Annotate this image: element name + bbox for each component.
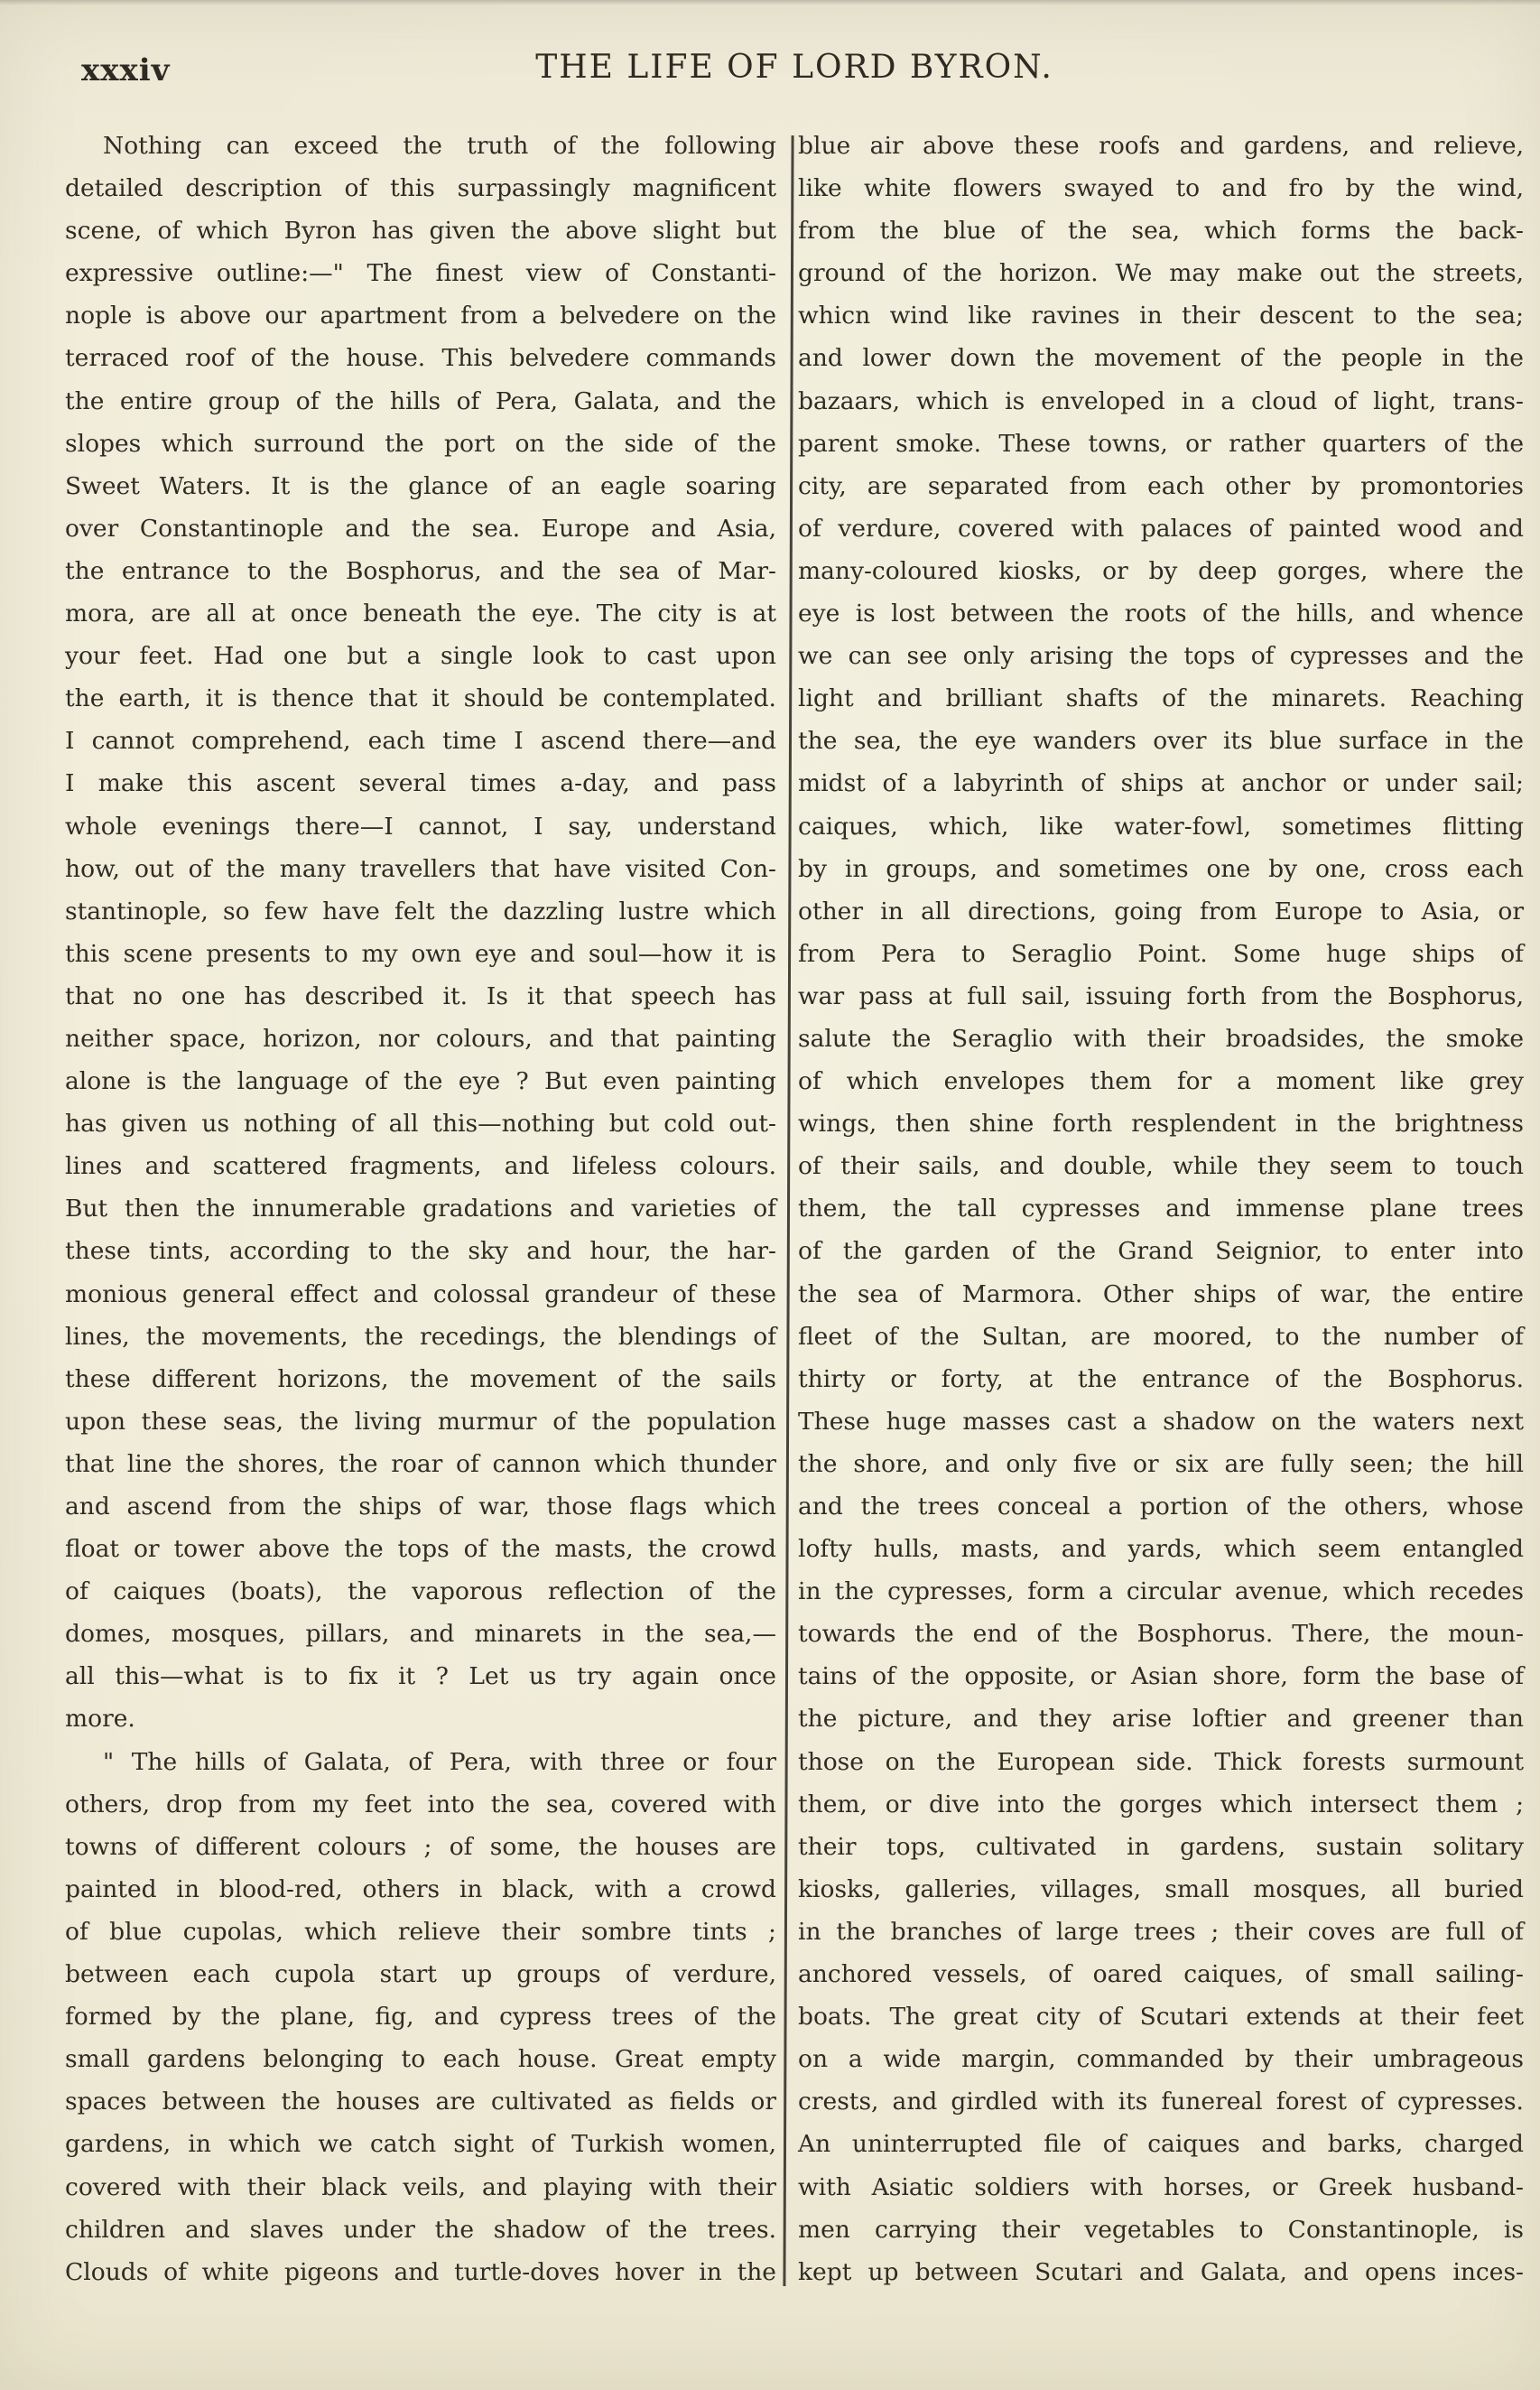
text-line: tains of the opposite, or Asian shore, f… xyxy=(798,1655,1524,1697)
text-line: alone is the language of the eye ? But e… xyxy=(65,1060,776,1102)
text-line: blue air above these roofs and gardens, … xyxy=(798,125,1524,167)
text-line: Sweet Waters. It is the glance of an eag… xyxy=(65,465,776,507)
text-column-left: Nothing can exceed the truth of the foll… xyxy=(65,125,776,2293)
text-line: midst of a labyrinth of ships at anchor … xyxy=(798,762,1524,804)
running-title: THE LIFE OF LORD BYRON. xyxy=(65,49,1524,86)
text-line: But then the innumerable gradations and … xyxy=(65,1187,776,1230)
text-line: that no one has described it. Is it that… xyxy=(65,975,776,1018)
text-line: monious general effect and colossal gran… xyxy=(65,1273,776,1316)
text-line: slopes which surround the port on the si… xyxy=(65,423,776,465)
text-line: " The hills of Galata, of Pera, with thr… xyxy=(65,1741,776,1783)
text-line: I cannot comprehend, each time I ascend … xyxy=(65,720,776,762)
text-line: them, or dive into the gorges which inte… xyxy=(798,1783,1524,1826)
text-line: them, the tall cypresses and immense pla… xyxy=(798,1187,1524,1230)
text-line: on a wide margin, commanded by their umb… xyxy=(798,2038,1524,2080)
text-line: upon these seas, the living murmur of th… xyxy=(65,1400,776,1443)
text-line: with Asiatic soldiers with horses, or Gr… xyxy=(798,2166,1524,2209)
text-line: painted in blood-red, others in black, w… xyxy=(65,1868,776,1911)
text-line: in the branches of large trees ; their c… xyxy=(798,1911,1524,1953)
text-line: from Pera to Seraglio Point. Some huge s… xyxy=(798,933,1524,975)
text-line: the entrance to the Bosphorus, and the s… xyxy=(65,550,776,592)
text-line: war pass at full sail, issuing forth fro… xyxy=(798,975,1524,1018)
text-line: all this—what is to fix it ? Let us try … xyxy=(65,1655,776,1697)
text-line: wings, then shine forth resplendent in t… xyxy=(798,1102,1524,1145)
text-line: we can see only arising the tops of cypr… xyxy=(798,635,1524,677)
text-line: towards the end of the Bosphorus. There,… xyxy=(798,1613,1524,1655)
text-line: more. xyxy=(65,1697,776,1740)
text-line: kept up between Scutari and Galata, and … xyxy=(798,2251,1524,2293)
text-column-right: blue air above these roofs and gardens, … xyxy=(798,125,1524,2293)
text-line: the picture, and they arise loftier and … xyxy=(798,1697,1524,1740)
text-line: of which envelopes them for a moment lik… xyxy=(798,1060,1524,1102)
text-line: expressive outline:—" The finest view of… xyxy=(65,252,776,294)
text-line: the sea, the eye wanders over its blue s… xyxy=(798,720,1524,762)
text-line: stantinople, so few have felt the dazzli… xyxy=(65,890,776,933)
text-line: from the blue of the sea, which forms th… xyxy=(798,209,1524,252)
text-line: these different horizons, the movement o… xyxy=(65,1358,776,1400)
text-line: of caiques (boats), the vaporous reflect… xyxy=(65,1570,776,1613)
text-line: of their sails, and double, while they s… xyxy=(798,1145,1524,1187)
text-line: their tops, cultivated in gardens, susta… xyxy=(798,1826,1524,1868)
text-line: and lower down the movement of the peopl… xyxy=(798,337,1524,379)
text-line: towns of different colours ; of some, th… xyxy=(65,1826,776,1868)
text-line: scene, of which Byron has given the abov… xyxy=(65,209,776,252)
text-line: gardens, in which we catch sight of Turk… xyxy=(65,2123,776,2165)
text-line: the shore, and only five or six are full… xyxy=(798,1443,1524,1485)
text-line: Clouds of white pigeons and turtle-doves… xyxy=(65,2251,776,2293)
text-line: of verdure, covered with palaces of pain… xyxy=(798,507,1524,550)
text-line: caiques, which, like water-fowl, sometim… xyxy=(798,805,1524,848)
text-line: lines and scattered fragments, and lifel… xyxy=(65,1145,776,1187)
text-line: many-coloured kiosks, or by deep gorges,… xyxy=(798,550,1524,592)
text-line: between each cupola start up groups of v… xyxy=(65,1953,776,1995)
text-line: anchored vessels, of oared caiques, of s… xyxy=(798,1953,1524,1995)
text-line: I make this ascent several times a-day, … xyxy=(65,762,776,804)
text-line: detailed description of this surpassingl… xyxy=(65,167,776,209)
text-line: your feet. Had one but a single look to … xyxy=(65,635,776,677)
text-line: has given us nothing of all this—nothing… xyxy=(65,1102,776,1145)
text-line: other in all directions, going from Euro… xyxy=(798,890,1524,933)
text-line: of blue cupolas, which relieve their som… xyxy=(65,1911,776,1953)
text-line: how, out of the many travellers that hav… xyxy=(65,848,776,890)
text-line: float or tower above the tops of the mas… xyxy=(65,1528,776,1570)
text-line: over Constantinople and the sea. Europe … xyxy=(65,507,776,550)
text-line: Nothing can exceed the truth of the foll… xyxy=(65,125,776,167)
text-line: the earth, it is thence that it should b… xyxy=(65,677,776,720)
scan-edge xyxy=(0,0,1540,5)
text-line: in the cypresses, form a circular avenue… xyxy=(798,1570,1524,1613)
text-line: kiosks, galleries, villages, small mosqu… xyxy=(798,1868,1524,1911)
text-line: small gardens belonging to each house. G… xyxy=(65,2038,776,2080)
text-line: city, are separated from each other by p… xyxy=(798,465,1524,507)
book-page-scan: { "page": { "page_number": "xxxiv", "run… xyxy=(0,0,1540,2390)
text-line: and ascend from the ships of war, those … xyxy=(65,1485,776,1528)
text-line: others, drop from my feet into the sea, … xyxy=(65,1783,776,1826)
text-line: the entire group of the hills of Pera, G… xyxy=(65,380,776,423)
text-line: by in groups, and sometimes one by one, … xyxy=(798,848,1524,890)
text-line: crests, and girdled with its funereal fo… xyxy=(798,2080,1524,2123)
text-line: nople is above our apartment from a belv… xyxy=(65,294,776,337)
text-line: this scene presents to my own eye and so… xyxy=(65,933,776,975)
text-line: spaces between the houses are cultivated… xyxy=(65,2080,776,2123)
text-line: those on the European side. Thick forest… xyxy=(798,1741,1524,1783)
text-line: and the trees conceal a portion of the o… xyxy=(798,1485,1524,1528)
text-line: mora, are all at once beneath the eye. T… xyxy=(65,592,776,635)
text-line: light and brilliant shafts of the minare… xyxy=(798,677,1524,720)
text-line: neither space, horizon, nor colours, and… xyxy=(65,1018,776,1060)
text-line: whicn wind like ravines in their descent… xyxy=(798,294,1524,337)
text-line: formed by the plane, fig, and cypress tr… xyxy=(65,1995,776,2038)
text-line: that line the shores, the roar of cannon… xyxy=(65,1443,776,1485)
text-line: men carrying their vegetables to Constan… xyxy=(798,2209,1524,2251)
text-line: terraced roof of the house. This belvede… xyxy=(65,337,776,379)
text-line: eye is lost between the roots of the hil… xyxy=(798,592,1524,635)
text-line: like white flowers swayed to and fro by … xyxy=(798,167,1524,209)
text-line: boats. The great city of Scutari extends… xyxy=(798,1995,1524,2038)
text-line: covered with their black veils, and play… xyxy=(65,2166,776,2209)
text-line: fleet of the Sultan, are moored, to the … xyxy=(798,1316,1524,1358)
text-line: these tints, according to the sky and ho… xyxy=(65,1230,776,1272)
text-line: children and slaves under the shadow of … xyxy=(65,2209,776,2251)
text-line: These huge masses cast a shadow on the w… xyxy=(798,1400,1524,1443)
text-line: domes, mosques, pillars, and minarets in… xyxy=(65,1613,776,1655)
text-line: whole evenings there—I cannot, I say, un… xyxy=(65,805,776,848)
text-line: parent smoke. These towns, or rather qua… xyxy=(798,423,1524,465)
text-line: of the garden of the Grand Seignior, to … xyxy=(798,1230,1524,1272)
text-line: bazaars, which is enveloped in a cloud o… xyxy=(798,380,1524,423)
text-line: ground of the horizon. We may make out t… xyxy=(798,252,1524,294)
text-line: An uninterrupted file of caiques and bar… xyxy=(798,2123,1524,2165)
text-line: salute the Seraglio with their broadside… xyxy=(798,1018,1524,1060)
text-line: lofty hulls, masts, and yards, which see… xyxy=(798,1528,1524,1570)
column-divider-rule xyxy=(783,135,793,2286)
text-line: the sea of Marmora. Other ships of war, … xyxy=(798,1273,1524,1316)
text-line: thirty or forty, at the entrance of the … xyxy=(798,1358,1524,1400)
text-line: lines, the movements, the recedings, the… xyxy=(65,1316,776,1358)
